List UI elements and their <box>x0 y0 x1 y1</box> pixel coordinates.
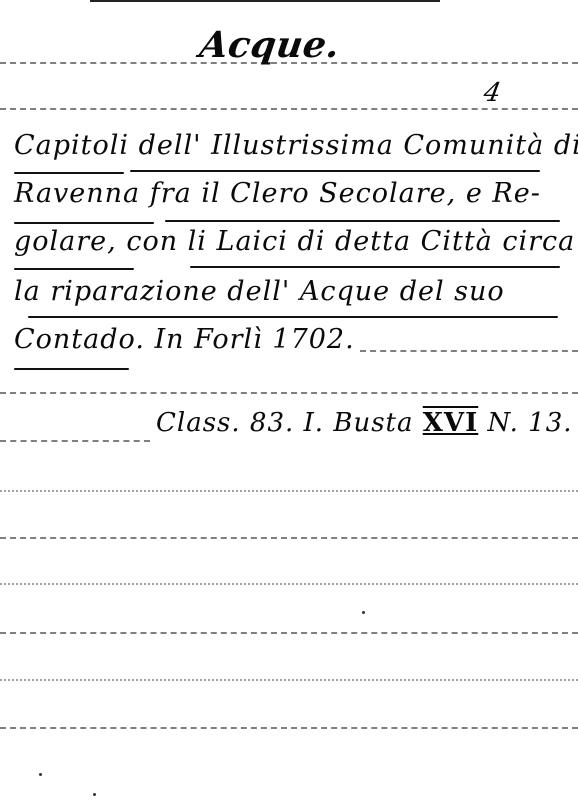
underline <box>28 316 558 318</box>
shelfmark-class: Class. 83. I. Busta <box>156 408 413 438</box>
underline <box>130 170 540 172</box>
shelfmark-number: N. 13. <box>488 408 573 438</box>
underline <box>165 220 560 222</box>
ink-speck <box>93 793 96 796</box>
guide-line <box>0 108 578 110</box>
guide-line <box>0 679 578 681</box>
body-line-4: la riparazione dell' Acque del suo <box>14 276 505 307</box>
page-number-mark: 4 <box>481 78 503 108</box>
guide-line <box>0 392 578 394</box>
guide-line <box>0 490 578 492</box>
guide-line <box>0 583 578 585</box>
ink-speck <box>362 611 365 614</box>
guide-line <box>0 632 578 634</box>
body-line-5: Contado. In Forlì 1702. <box>14 324 355 355</box>
document-heading: Acque. <box>197 24 343 66</box>
shelfmark: Class. 83. I. Busta XVI N. 13. <box>156 408 573 438</box>
ink-speck <box>39 773 42 776</box>
top-border-line <box>90 0 440 2</box>
underline <box>14 368 129 370</box>
body-line-3: golare, con li Laici di detta Città circ… <box>14 226 575 257</box>
underline <box>14 222 154 224</box>
guide-line <box>0 537 578 539</box>
guide-line <box>0 727 578 729</box>
guide-line <box>360 350 578 352</box>
underline <box>14 172 124 174</box>
underline <box>14 268 134 270</box>
body-line-2: Ravenna fra il Clero Secolare, e Re- <box>14 178 541 209</box>
body-line-1: Capitoli dell' Illustrissima Comunità di <box>14 130 578 161</box>
shelfmark-volume: XVI <box>423 408 479 438</box>
guide-line <box>0 440 150 442</box>
underline <box>190 266 560 268</box>
